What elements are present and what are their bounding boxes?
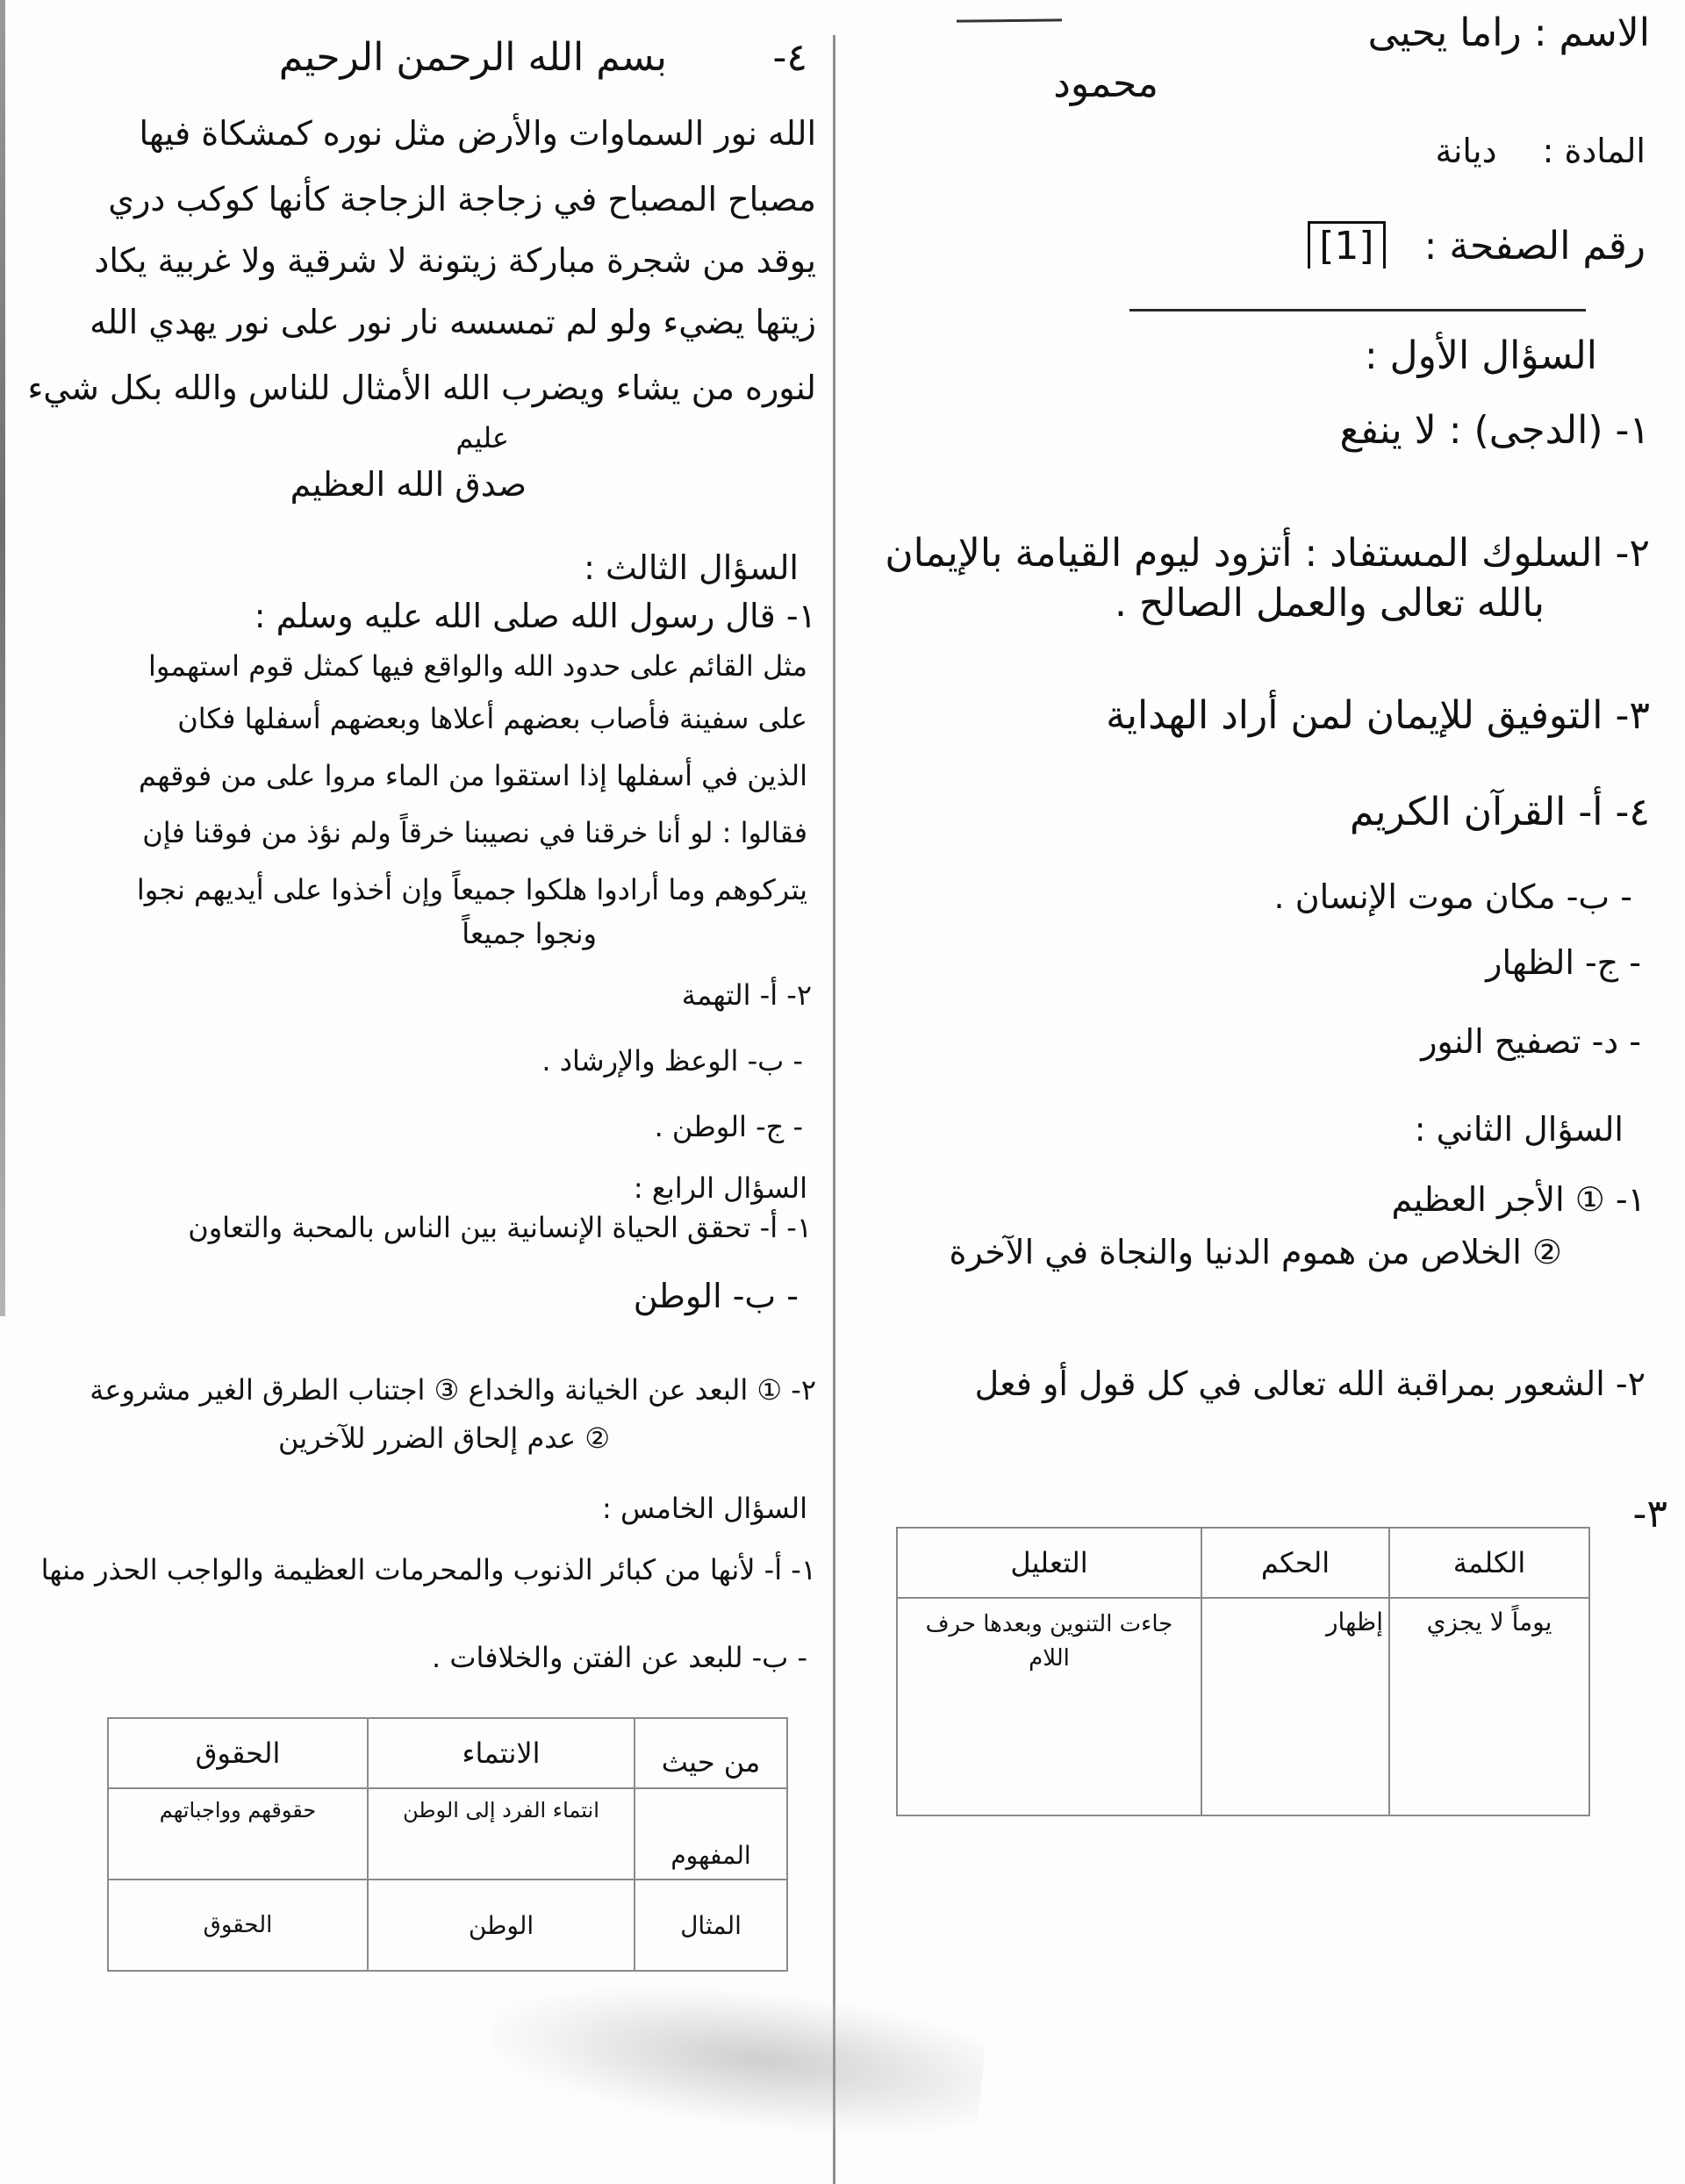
table-header: الحكم (1201, 1528, 1389, 1598)
table-header-row: من حيث الانتماء الحقوق (108, 1718, 787, 1788)
hadith-line: مثل القائم على حدود الله والواقع فيها كم… (148, 649, 807, 683)
verse-line: لنوره من يشاء ويضرب الله الأمثال للناس و… (27, 369, 816, 409)
table-row: يوماً لا يجزي إظهار جاءت التنوين وبعدها … (897, 1598, 1589, 1815)
q1-item: ٣- التوفيق للإيمان لمن أراد الهداية (1106, 693, 1650, 740)
q3-item: - ج- الوطن . (655, 1110, 803, 1143)
hadith-line: الذين في أسفلها إذا استقوا من الماء مروا… (139, 759, 807, 792)
scan-edge-shadow (0, 0, 5, 1316)
q4-item: ٢- ① البعد عن الخيانة والخداع ③ اجتناب ا… (90, 1373, 816, 1407)
name-value: راما يحيى (1368, 11, 1522, 55)
table-header: التعليل (897, 1528, 1201, 1598)
table-header: من حيث (635, 1718, 787, 1788)
hadith-line: فقالوا : لو أنا خرقنا في نصيبنا خرقاً ول… (142, 816, 807, 849)
table-header-row: الكلمة الحكم التعليل (897, 1528, 1589, 1598)
q1-item: ٤- أ- القرآن الكريم (1350, 790, 1650, 836)
q3-item: - ب- الوعظ والإرشاد . (541, 1044, 803, 1078)
table-cell: الحقوق (108, 1880, 368, 1971)
verse-line: يوقد من شجرة مباركة زيتونة لا شرقية ولا … (94, 241, 816, 282)
basmala: بسم الله الرحمن الرحيم (279, 35, 667, 82)
q1-item: ١- (الدجى) : لا ينفع (1339, 408, 1650, 455)
subject-line: المادة : ديانة (1435, 132, 1646, 172)
table-cell: إظهار (1201, 1598, 1389, 1815)
verse-line: الله نور السماوات والأرض مثل نوره كمشكاة… (139, 114, 816, 154)
q1-item: - ج- الظهار (1486, 943, 1641, 984)
subject-label: المادة : (1543, 132, 1646, 170)
q1-item: - د- تصفيح النور (1421, 1022, 1641, 1063)
belonging-table: من حيث الانتماء الحقوق المفهوم انتماء ال… (107, 1717, 788, 1972)
q2-item: ١- ① الأجر العظيم (1391, 1180, 1646, 1221)
q1-item: بالله تعالى والعمل الصالح . (1115, 581, 1545, 627)
q2-item: ٢- الشعور بمراقبة الله تعالى في كل قول أ… (975, 1364, 1646, 1405)
q1-item: ٢- السلوك المستفاد : أتزود ليوم القيامة … (885, 531, 1650, 577)
q5-item: ١- أ- لأنها من كبائر الذنوب والمحرمات ال… (41, 1553, 816, 1586)
page-label: رقم الصفحة : (1424, 224, 1646, 269)
table-header: الانتماء (368, 1718, 635, 1788)
name-line: الاسم : راما يحيى (1368, 11, 1650, 57)
table-cell: انتماء الفرد إلى الوطن (368, 1788, 635, 1880)
q3-intro: ١- قال رسول الله صلى الله عليه وسلم : (255, 597, 816, 637)
q4-item: ١- أ- تحقق الحياة الإنسانية بين الناس با… (188, 1211, 812, 1244)
table-cell: حقوقهم وواجباتهم (108, 1788, 368, 1880)
page-number-line: رقم الصفحة : [1] (1308, 224, 1646, 270)
subject-value: ديانة (1435, 132, 1496, 170)
tajweed-table: الكلمة الحكم التعليل يوماً لا يجزي إظهار… (896, 1527, 1590, 1816)
q3-title: السؤال الثالث : (584, 548, 799, 589)
item-number: ٤- (772, 35, 807, 82)
q5-item: - ب- للبعد عن الفتن والخلافات . (432, 1641, 807, 1674)
table-cell: المفهوم (635, 1788, 787, 1880)
verse-line: زيتها يضيء ولو لم تمسسه نار نور على نور … (90, 303, 816, 343)
table-row: المفهوم انتماء الفرد إلى الوطن حقوقهم وو… (108, 1788, 787, 1880)
verse-closing: صدق الله العظيم (290, 465, 527, 505)
scan-smudge (486, 1966, 989, 2149)
header-underline (1129, 309, 1586, 311)
verse-line: مصباح المصباح في زجاجة الزجاجة كأنها كوك… (108, 180, 816, 220)
table-cell: المثال (635, 1880, 787, 1971)
hadith-line: يتركوهم وما أرادوا هلكوا جميعاً وإن أخذو… (137, 873, 807, 906)
q5-title: السؤال الخامس : (602, 1492, 807, 1525)
q2-item: ② الخلاص من هموم الدنيا والنجاة في الآخر… (950, 1233, 1562, 1273)
table-cell: جاءت التنوين وبعدها حرف اللام (897, 1598, 1201, 1815)
q4-item: - ب- الوطن (634, 1277, 799, 1317)
hadith-line: ونجوا جميعاً (462, 917, 597, 950)
column-divider (833, 35, 835, 2184)
q4-item: ② عدم إلحاق الضرر للآخرين (278, 1421, 610, 1455)
q3-item: ٢- أ- التهمة (682, 978, 812, 1012)
table-header: الحقوق (108, 1718, 368, 1788)
q4-title: السؤال الرابع : (634, 1171, 807, 1205)
table-cell: يوماً لا يجزي (1389, 1598, 1589, 1815)
name-value-line2: محمود (1053, 61, 1158, 108)
q2-item: ٣- (1632, 1492, 1667, 1538)
q2-title: السؤال الثاني : (1415, 1110, 1624, 1150)
hadith-line: على سفينة فأصاب بعضهم أعلاها وبعضهم أسفل… (177, 702, 807, 735)
top-rule (957, 18, 1062, 22)
name-label: الاسم : (1534, 11, 1650, 55)
table-cell: الوطن (368, 1880, 635, 1971)
q1-title: السؤال الأول : (1365, 333, 1597, 380)
table-row: المثال الوطن الحقوق (108, 1880, 787, 1971)
table-header: الكلمة (1389, 1528, 1589, 1598)
scanned-answer-sheet: الاسم : راما يحيى محمود المادة : ديانة ر… (0, 0, 1685, 2184)
q1-item: - ب- مكان موت الإنسان . (1274, 877, 1632, 918)
page-number-box: [1] (1308, 221, 1385, 269)
verse-line: عليم (455, 421, 509, 455)
